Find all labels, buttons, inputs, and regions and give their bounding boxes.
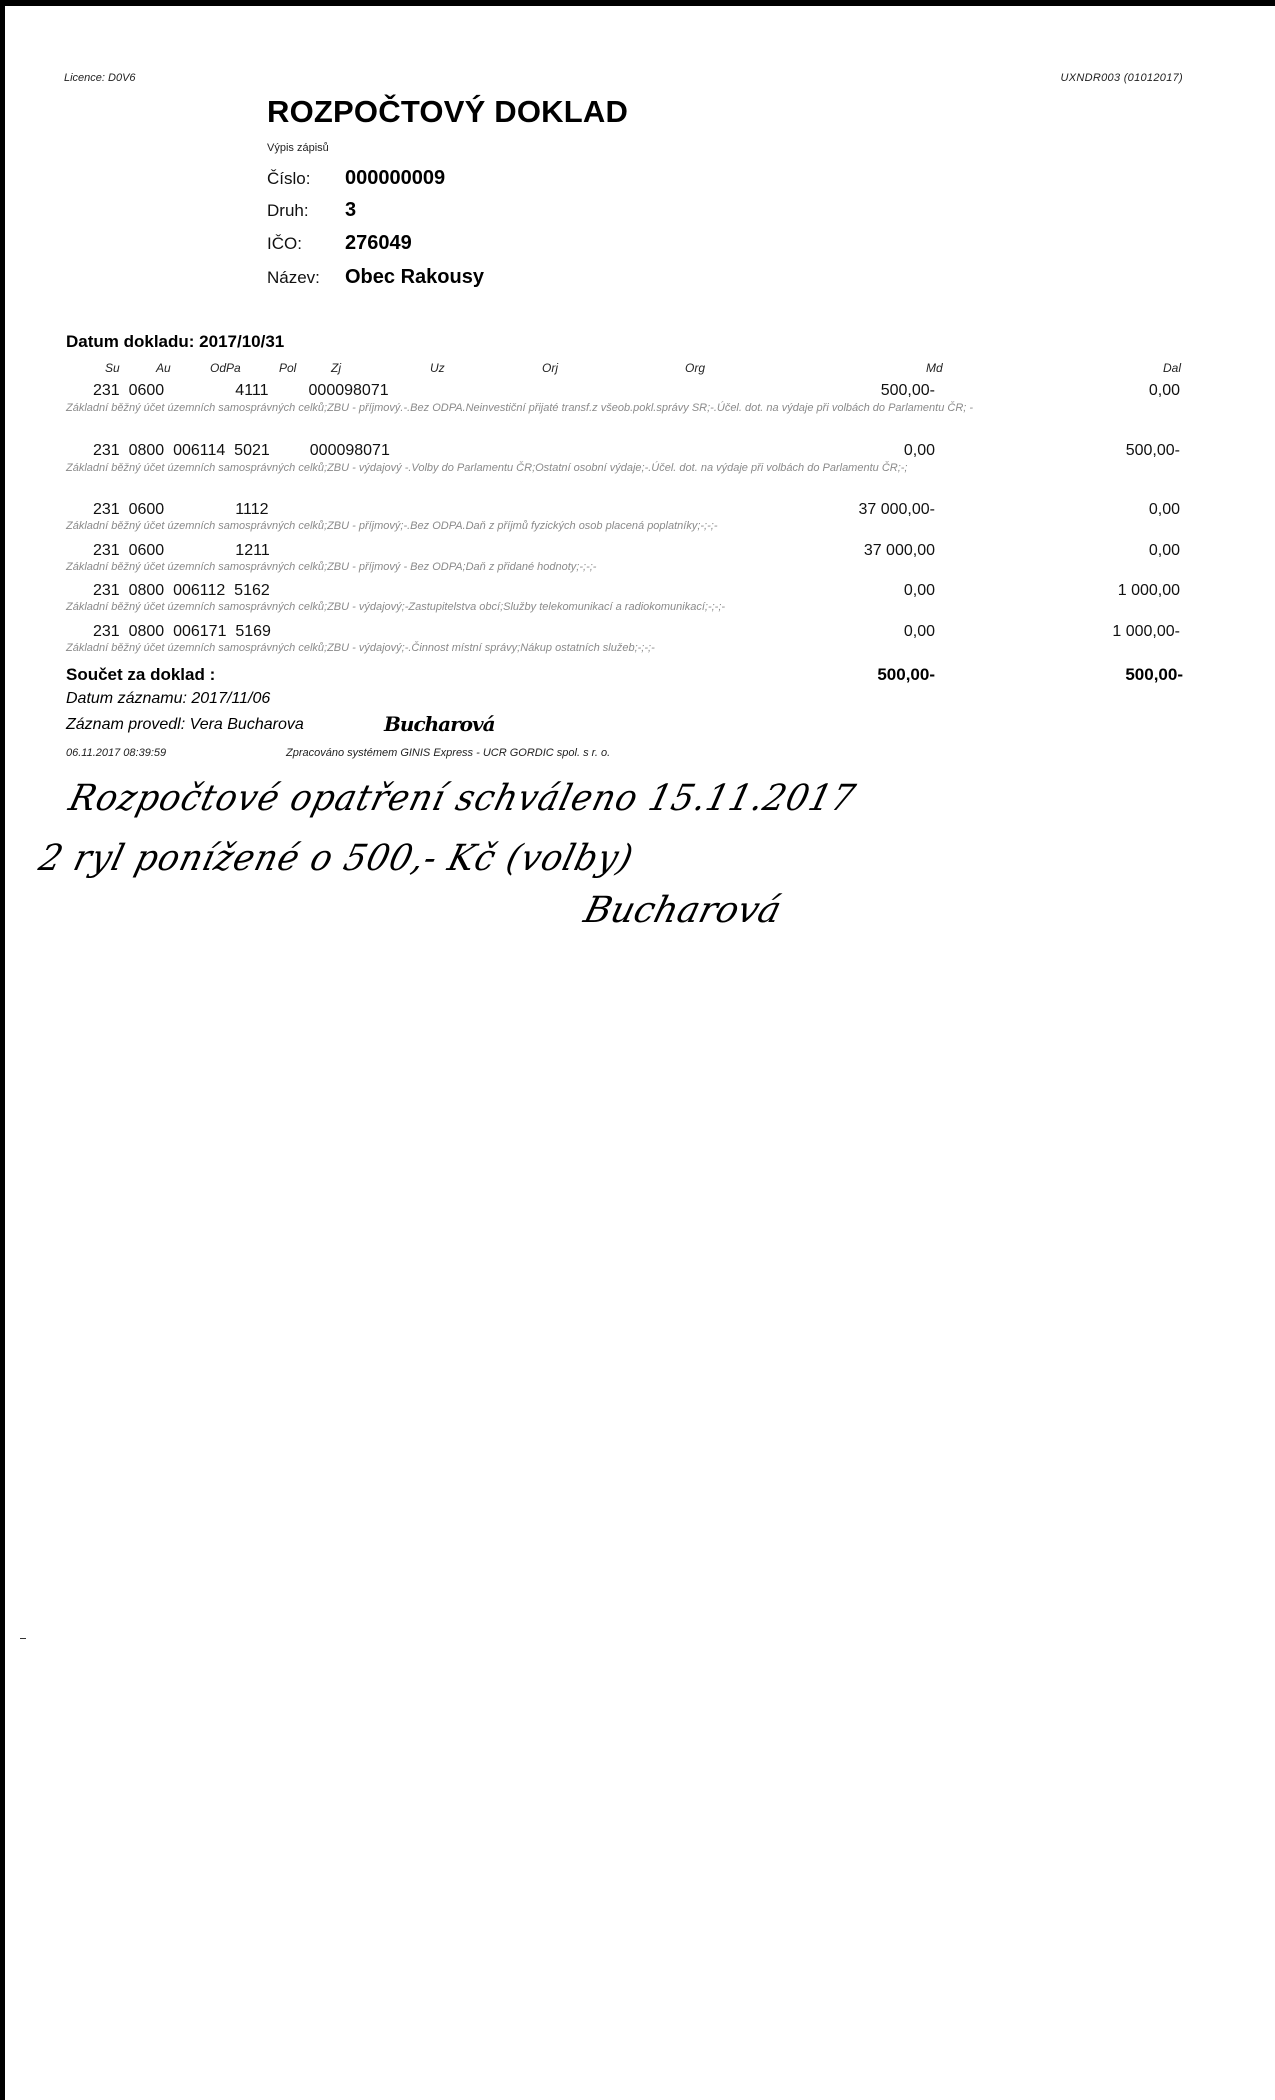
field-value: Obec Rakousy (345, 266, 484, 289)
handwritten-signature: Bucharová (580, 890, 785, 931)
entry-description: Základní běžný účet územních samosprávný… (66, 601, 1180, 613)
entry-codes: 231 0800 006114 5021 000098071 (93, 442, 390, 460)
column-header-orj: Orj (542, 361, 558, 375)
field-cislo: Číslo: 000000009 (267, 167, 445, 190)
entry-md: 0,00 (904, 582, 935, 600)
column-header-zj: Zj (331, 361, 341, 375)
entry-dal: 0,00 (1149, 382, 1180, 400)
field-label: Číslo: (267, 169, 345, 189)
field-ico: IČO: 276049 (267, 232, 412, 255)
entry-codes: 231 0600 4111 000098071 (93, 382, 389, 400)
entry-description: Základní běžný účet územních samosprávný… (66, 462, 1180, 474)
licence-label: Licence: D0V6 (64, 72, 136, 84)
entry-dal: 500,00- (1126, 442, 1180, 460)
entry-description: Základní běžný účet územních samosprávný… (66, 642, 1180, 654)
record-made-by: Záznam provedl: Vera Bucharova (66, 716, 304, 734)
total-md: 500,00- (877, 665, 935, 685)
column-header-org: Org (685, 361, 705, 375)
entry-md: 37 000,00- (858, 501, 935, 519)
entry-md: 0,00 (904, 442, 935, 460)
field-value: 3 (345, 199, 356, 222)
print-timestamp: 06.11.2017 08:39:59 (66, 747, 166, 759)
entry-dal: 1 000,00 (1118, 582, 1180, 600)
entry-codes: 231 0600 1112 (93, 501, 269, 519)
entry-codes: 231 0800 006171 5169 (93, 623, 271, 641)
form-code: UXNDR003 (01012017) (1061, 72, 1184, 84)
entry-description: Základní běžný účet územních samosprávný… (66, 520, 1180, 532)
field-druh: Druh: 3 (267, 199, 356, 222)
total-label: Součet za doklad : (66, 665, 215, 685)
entry-md: 37 000,00 (864, 542, 935, 560)
column-header-uz: Uz (430, 361, 445, 375)
column-header-md: Md (926, 361, 943, 375)
scan-border-top (0, 0, 1275, 6)
entry-codes: 231 0800 006112 5162 (93, 582, 270, 600)
handwritten-note-line1: Rozpočtové opatření schváleno 15.11.2017 (65, 778, 860, 819)
field-value: 276049 (345, 232, 412, 255)
column-header-dal: Dal (1163, 361, 1181, 375)
field-label: Název: (267, 268, 345, 288)
scan-mark (20, 1638, 26, 1639)
record-date: Datum záznamu: 2017/11/06 (66, 690, 270, 708)
column-header-odpa: OdPa (210, 361, 241, 375)
entry-md: 0,00 (904, 623, 935, 641)
entry-dal: 0,00 (1149, 542, 1180, 560)
entry-codes: 231 0600 1211 (93, 542, 270, 560)
field-value: 000000009 (345, 167, 445, 190)
field-label: IČO: (267, 234, 345, 254)
column-header-au: Au (156, 361, 171, 375)
document-title: ROZPOČTOVÝ DOKLAD (267, 94, 628, 130)
scan-border-left (0, 6, 5, 2100)
column-header-pol: Pol (279, 361, 296, 375)
signature: Bucharová (384, 712, 495, 736)
entry-description: Základní běžný účet územních samosprávný… (66, 561, 1180, 573)
field-label: Druh: (267, 201, 345, 221)
entry-dal: 0,00 (1149, 501, 1180, 519)
document-date: Datum dokladu: 2017/10/31 (66, 332, 284, 352)
system-note: Zpracováno systémem GINIS Express - UCR … (286, 747, 610, 759)
column-header-su: Su (105, 361, 120, 375)
document-subtitle: Výpis zápisů (267, 142, 329, 154)
field-nazev: Název: Obec Rakousy (267, 266, 484, 289)
entry-md: 500,00- (881, 382, 935, 400)
handwritten-note-line2: 2 ryl ponížené o 500,- Kč (volby) (35, 838, 638, 879)
total-dal: 500,00- (1125, 665, 1183, 685)
entry-dal: 1 000,00- (1112, 623, 1180, 641)
entry-description: Základní běžný účet územních samosprávný… (66, 402, 1180, 414)
